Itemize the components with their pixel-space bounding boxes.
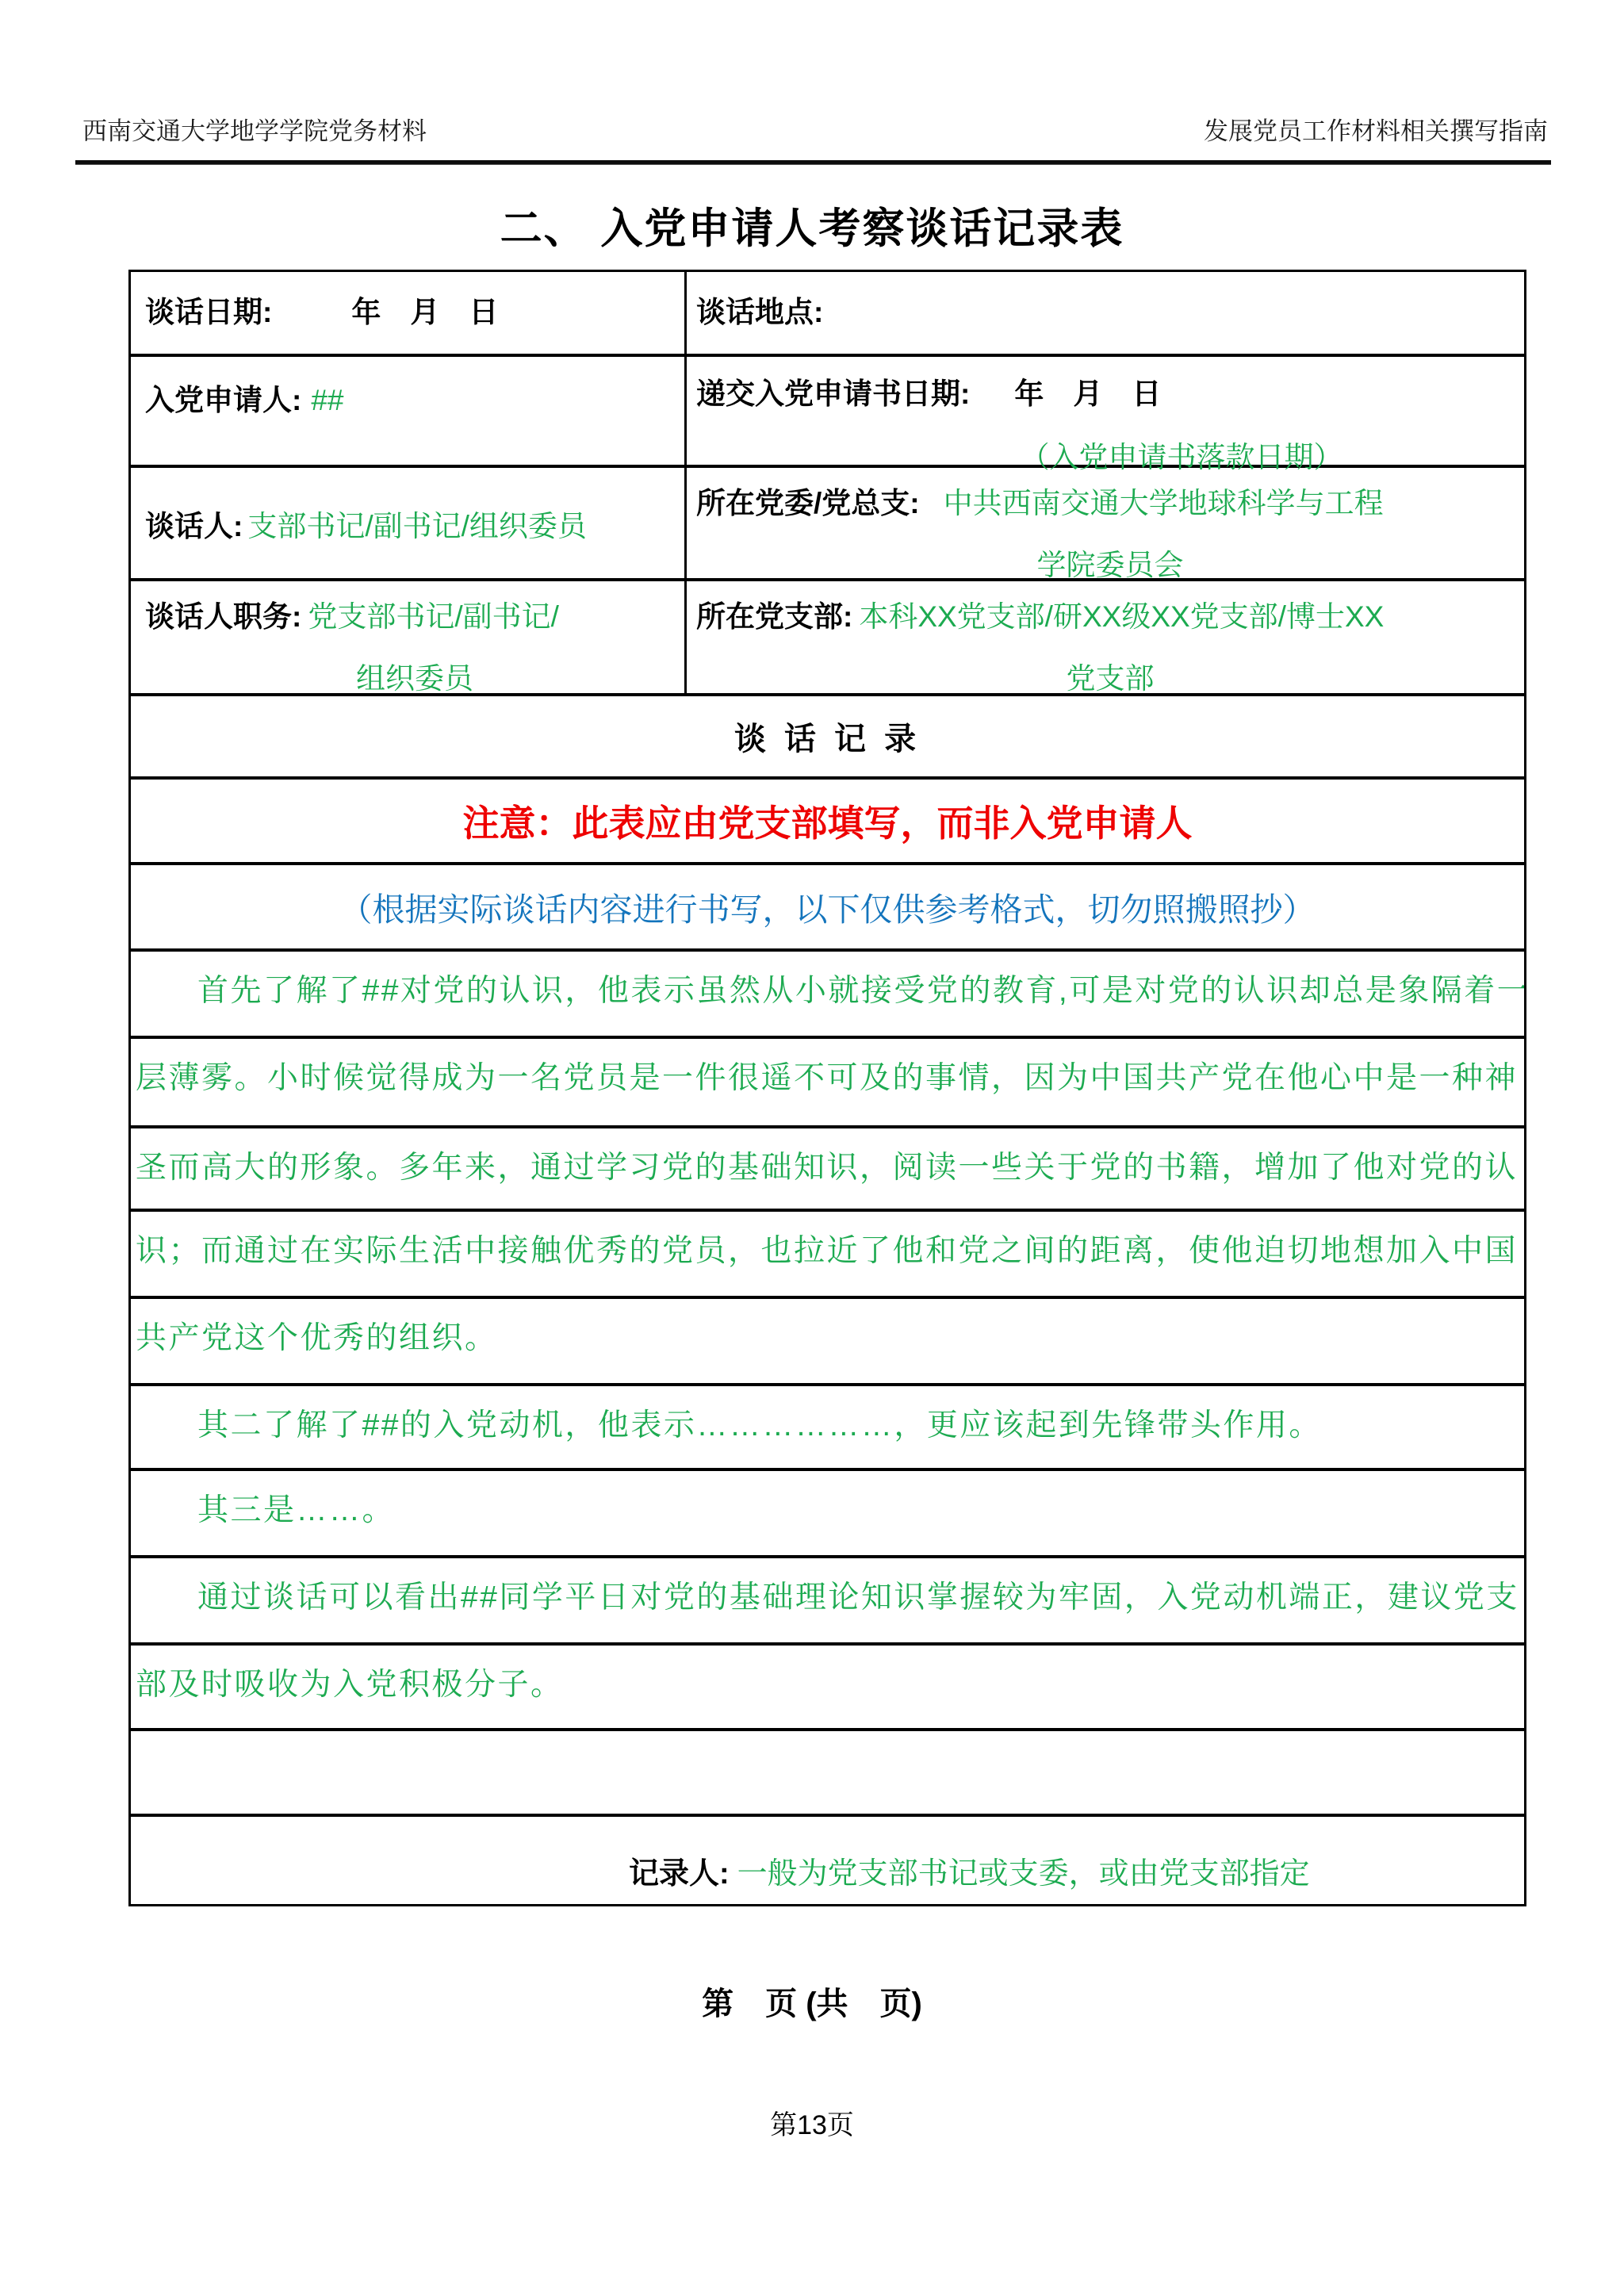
row-interviewer-title: 谈话人职务:党支部书记/副书记/ 组织委员 所在党支部:本科XX党支部/研XX级… bbox=[131, 581, 1524, 696]
submit-date-note: （入党申请书落款日期） bbox=[768, 433, 1595, 476]
party-committee-value-line1: 中共西南交通大学地球科学与工程 bbox=[944, 487, 1384, 519]
cell-applicant: 入党申请人:## bbox=[131, 357, 684, 465]
header-left-text: 西南交通大学地学学院党务材料 bbox=[82, 111, 427, 147]
interviewer-title-value-line2: 组织委员 bbox=[145, 651, 684, 707]
cell-talk-place: 谈话地点: bbox=[684, 272, 1524, 354]
applicant-value: ## bbox=[311, 384, 343, 416]
record-line-empty bbox=[131, 1731, 1524, 1817]
row-interviewer: 谈话人:支部书记/副书记/组织委员 所在党委/党总支:中共西南交通大学地球科学与… bbox=[131, 468, 1524, 581]
cell-interviewer: 谈话人:支部书记/副书记/组织委员 bbox=[131, 468, 684, 578]
cell-interviewer-title: 谈话人职务:党支部书记/副书记/ 组织委员 bbox=[131, 581, 684, 693]
cell-submit-date: 递交入党申请书日期:年 月 日 （入党申请书落款日期） bbox=[684, 357, 1524, 465]
header-right-text: 发展党员工作材料相关撰写指南 bbox=[1204, 111, 1548, 147]
row-talk-date: 谈话日期:年 月 日 谈话地点: bbox=[131, 272, 1524, 357]
record-line: 识；而通过在实际生活中接触优秀的党员，也拉近了他和党之间的距离，使他迫切地想加入… bbox=[131, 1212, 1524, 1299]
cell-party-branch: 所在党支部:本科XX党支部/研XX级XX党支部/博士XX 党支部 bbox=[684, 581, 1524, 693]
submit-date-label: 递交入党申请书日期: bbox=[696, 377, 970, 410]
party-branch-label: 所在党支部: bbox=[696, 600, 852, 633]
applicant-label: 入党申请人: bbox=[145, 384, 301, 416]
record-line: 部及时吸收为入党积极分子。 bbox=[131, 1646, 1524, 1731]
talk-record-table: 谈话日期:年 月 日 谈话地点: 入党申请人:## 递交入党申请书日期:年 月 … bbox=[128, 270, 1526, 1906]
record-line: 层薄雾。小时候觉得成为一名党员是一件很遥不可及的事情，因为中国共产党在他心中是一… bbox=[131, 1039, 1524, 1128]
record-line: 首先了解了##对党的认识，他表示虽然从小就接受党的教育,可是对党的认识却总是象隔… bbox=[131, 952, 1524, 1039]
row-notice: 注意：此表应由党支部填写，而非入党申请人 bbox=[131, 780, 1524, 865]
party-branch-value-line2: 党支部 bbox=[696, 651, 1524, 707]
cell-party-committee: 所在党委/党总支:中共西南交通大学地球科学与工程 学院委员会 bbox=[684, 468, 1524, 578]
record-line: 其三是……。 bbox=[131, 1471, 1524, 1558]
talk-date-label: 谈话日期: bbox=[145, 296, 272, 328]
record-line: 圣而高大的形象。多年来，通过学习党的基础知识，阅读一些关于党的书籍，增加了他对党… bbox=[131, 1128, 1524, 1212]
cell-talk-date: 谈话日期:年 月 日 bbox=[131, 272, 684, 354]
talk-place-label: 谈话地点: bbox=[696, 296, 823, 328]
footer-page-number: 第13页 bbox=[0, 2103, 1624, 2142]
footer-page-line: 第 页 (共 页) bbox=[0, 1979, 1624, 2024]
recorder-value: 一般为党支部书记或支委，或由党支部指定 bbox=[737, 1849, 1310, 1904]
submit-date-blank: 年 月 日 bbox=[1014, 377, 1161, 410]
interviewer-label: 谈话人: bbox=[145, 502, 243, 545]
row-hint: （根据实际谈话内容进行书写，以下仅供参考格式，切勿照搬照抄） bbox=[131, 865, 1524, 952]
row-applicant: 入党申请人:## 递交入党申请书日期:年 月 日 （入党申请书落款日期） bbox=[131, 357, 1524, 468]
talk-date-blank: 年 月 日 bbox=[351, 296, 498, 328]
notice-red-text: 注意：此表应由党支部填写，而非入党申请人 bbox=[463, 795, 1193, 847]
record-line: 共产党这个优秀的组织。 bbox=[131, 1299, 1524, 1386]
recorder-label: 记录人: bbox=[629, 1849, 730, 1904]
row-recorder: 记录人:一般为党支部书记或支委，或由党支部指定 bbox=[131, 1817, 1524, 1904]
record-line: 其二了解了##的入党动机，他表示………………，更应该起到先锋带头作用。 bbox=[131, 1386, 1524, 1471]
document-page: 西南交通大学地学学院党务材料 发展党员工作材料相关撰写指南 二、 入党申请人考察… bbox=[0, 0, 1624, 2295]
party-committee-label: 所在党委/党总支: bbox=[696, 487, 920, 519]
header-rule bbox=[75, 160, 1551, 165]
party-branch-value-line1: 本科XX党支部/研XX级XX党支部/博士XX bbox=[859, 600, 1384, 633]
section-title: 谈 话 记 录 bbox=[734, 714, 921, 759]
hint-blue-text: （根据实际谈话内容进行书写，以下仅供参考格式，切勿照搬照抄） bbox=[340, 883, 1316, 930]
interviewer-value: 支部书记/副书记/组织委员 bbox=[247, 502, 587, 545]
interviewer-title-value-line1: 党支部书记/副书记/ bbox=[308, 600, 559, 633]
row-section-title: 谈 话 记 录 bbox=[131, 696, 1524, 780]
record-line: 通过谈话可以看出##同学平日对党的基础理论知识掌握较为牢固，入党动机端正，建议党… bbox=[131, 1558, 1524, 1646]
page-title: 二、 入党申请人考察谈话记录表 bbox=[0, 195, 1624, 255]
interviewer-title-label: 谈话人职务: bbox=[145, 600, 301, 633]
